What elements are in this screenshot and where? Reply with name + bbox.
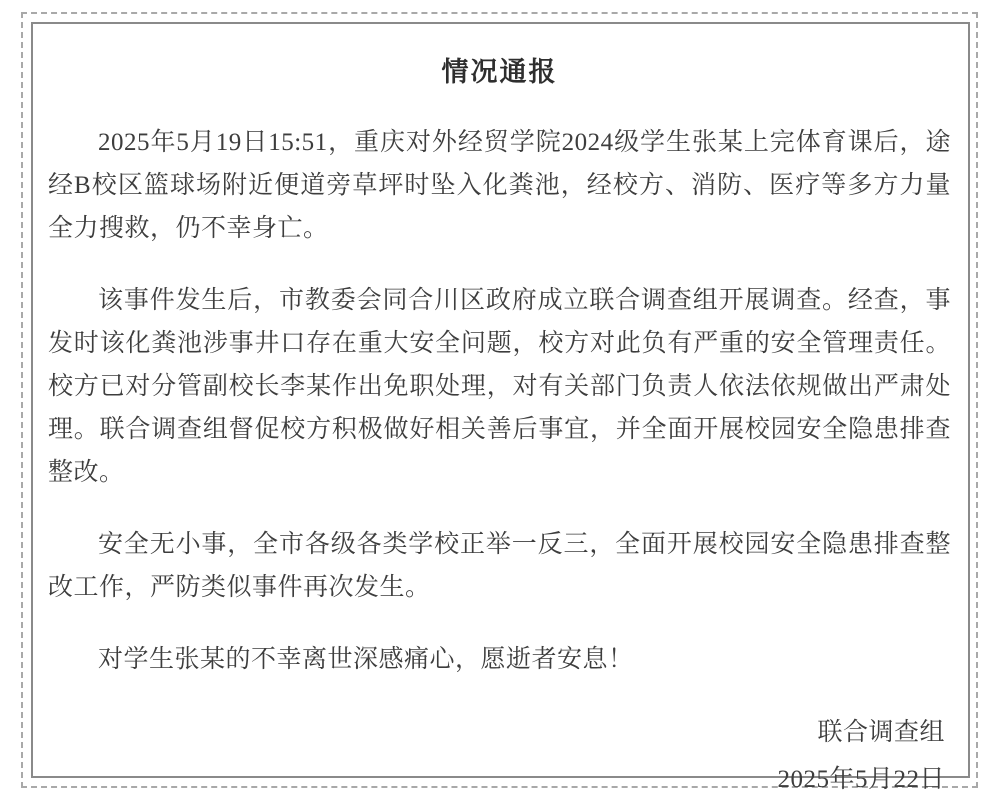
notice-body: 2025年5月19日15:51，重庆对外经贸学院2024级学生张某上完体育课后，…	[48, 121, 951, 681]
notice-paragraph-4: 对学生张某的不幸离世深感痛心，愿逝者安息！	[48, 638, 951, 681]
signature: 联合调查组	[48, 711, 945, 754]
notice-paragraph-2: 该事件发生后，市教委会同合川区政府成立联合调查组开展调查。经查，事发时该化粪池涉…	[48, 279, 951, 494]
notice-footer: 联合调查组 2025年5月22日	[48, 711, 951, 801]
notice-paragraph-1: 2025年5月19日15:51，重庆对外经贸学院2024级学生张某上完体育课后，…	[48, 121, 951, 250]
notice-inner-frame: 情况通报 2025年5月19日15:51，重庆对外经贸学院2024级学生张某上完…	[31, 22, 970, 778]
notice-paragraph-3: 安全无小事，全市各级各类学校正举一反三，全面开展校园安全隐患排查整改工作，严防类…	[48, 523, 951, 609]
notice-title: 情况通报	[48, 51, 951, 94]
notice-content: 情况通报 2025年5月19日15:51，重庆对外经贸学院2024级学生张某上完…	[33, 24, 968, 801]
notice-date: 2025年5月22日	[48, 758, 945, 801]
